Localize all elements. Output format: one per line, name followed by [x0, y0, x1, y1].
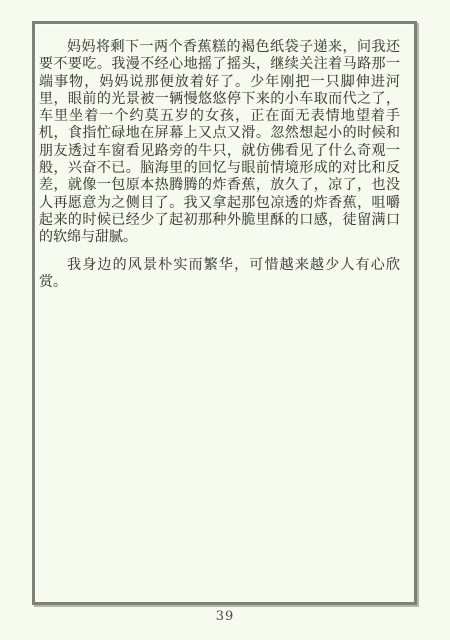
page-text-block: 妈妈将剩下一两个香蕉糕的褐色纸袋子递来，问我还要不要吃。我漫不经心地摇了摇头，继… — [35, 24, 414, 291]
page-number: 39 — [0, 609, 450, 624]
body-paragraph: 妈妈将剩下一两个香蕉糕的褐色纸袋子递来，问我还要不要吃。我漫不经心地摇了摇头，继… — [39, 39, 400, 247]
scanned-book-page: { "document": { "paragraphs": [ "妈妈将剩下一两… — [0, 0, 450, 640]
page-border-frame: 妈妈将剩下一两个香蕉糕的褐色纸袋子递来，问我还要不要吃。我漫不经心地摇了摇头，继… — [32, 21, 417, 605]
closing-paragraph: 我身边的风景朴实而繁华，可惜越来越少人有心欣赏。 — [39, 257, 400, 292]
